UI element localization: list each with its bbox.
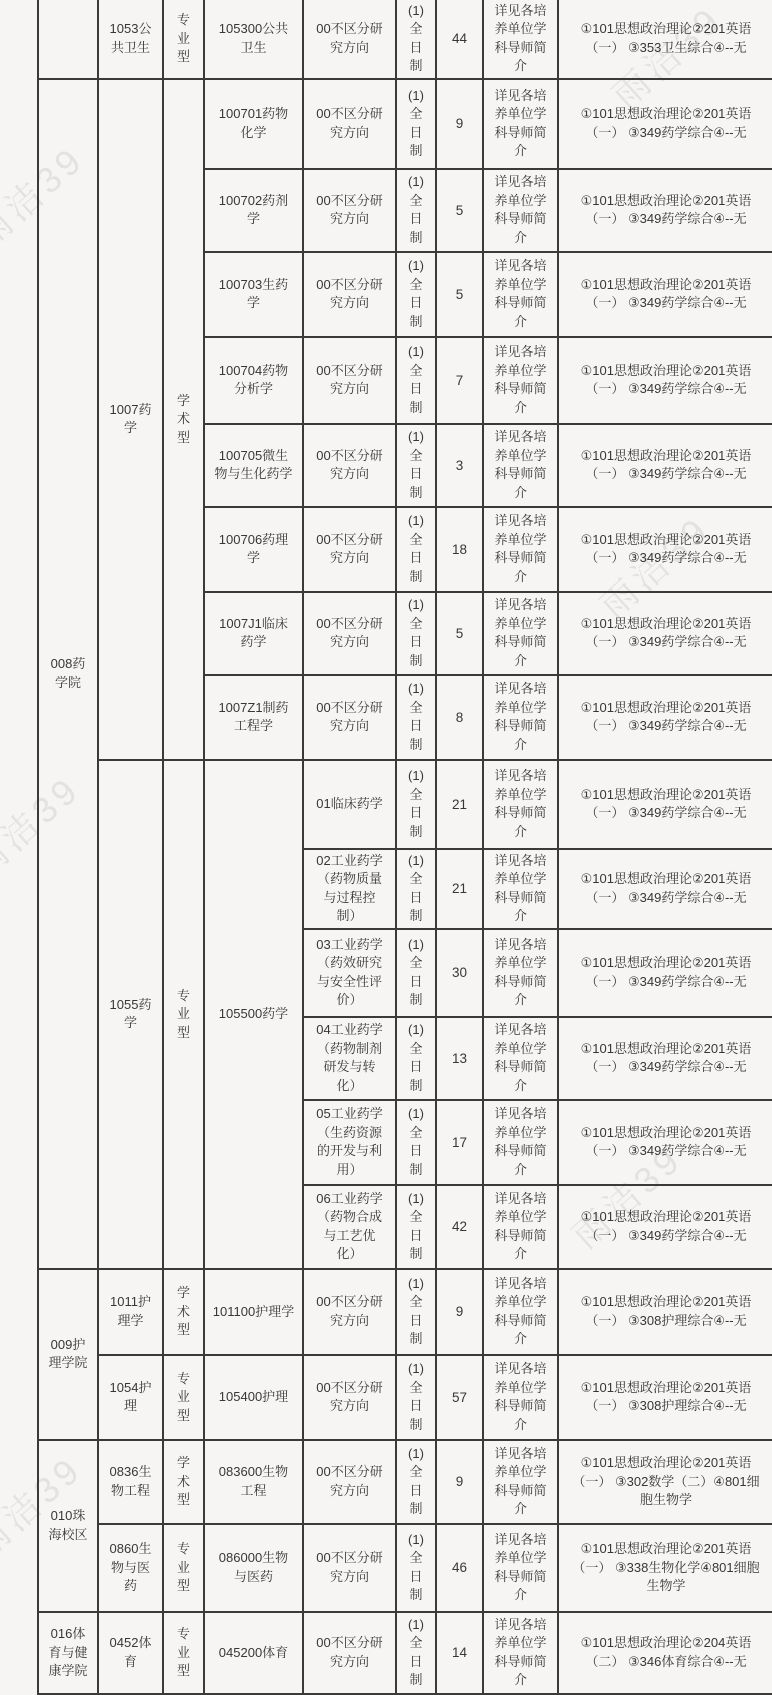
cell-note: 详见各培 养单位学 科导师简 介 (483, 1440, 558, 1524)
cell-subjects: ①101思想政治理论②201英语 （一） ③349药学综合④--无 (558, 337, 772, 424)
cell-direction: 00不区分研 究方向 (303, 592, 396, 675)
table-row: 1055药 学专 业 型105500药学01临床药学(1) 全 日 制21详见各… (38, 760, 772, 849)
cell-subjects: ①101思想政治理论②204英语 （二） ③346体育综合④--无 (558, 1612, 772, 1694)
cell-mode: (1) 全 日 制 (396, 849, 436, 929)
cell-subjects: ①101思想政治理论②201英语 （一） ③349药学综合④--无 (558, 79, 772, 169)
cell-direction: 02工业药学 （药物质量 与过程控 制） (303, 849, 396, 929)
cell-mode: (1) 全 日 制 (396, 1440, 436, 1524)
cell-direction: 00不区分研 究方向 (303, 1612, 396, 1694)
table-row: 0860生 物与医 药专 业 型086000生物 与医药00不区分研 究方向(1… (38, 1524, 772, 1612)
cell-note: 详见各培 养单位学 科导师简 介 (483, 1355, 558, 1440)
cell-note: 详见各培 养单位学 科导师简 介 (483, 79, 558, 169)
cell-count: 30 (436, 929, 483, 1017)
cell-note: 详见各培 养单位学 科导师简 介 (483, 1100, 558, 1185)
cell-mode: (1) 全 日 制 (396, 0, 436, 79)
cell-group: 1054护 理 (98, 1355, 163, 1440)
cell-count: 18 (436, 507, 483, 592)
cell-type: 专 业 型 (163, 760, 204, 1269)
cell-note: 详见各培 养单位学 科导师简 介 (483, 929, 558, 1017)
cell-subjects: ①101思想政治理论②201英语 （一） ③349药学综合④--无 (558, 1017, 772, 1100)
cell-direction: 00不区分研 究方向 (303, 507, 396, 592)
cell-college: 016体 育与健 康学院 (38, 1612, 98, 1694)
cell-note: 详见各培 养单位学 科导师简 介 (483, 0, 558, 79)
page: { "watermark": { "text": "雨洁39" }, "tabl… (0, 0, 772, 1695)
cell-subjects: ①101思想政治理论②201英语 （一） ③349药学综合④--无 (558, 929, 772, 1017)
cell-count: 14 (436, 1612, 483, 1694)
cell-direction: 00不区分研 究方向 (303, 169, 396, 252)
cell-note: 详见各培 养单位学 科导师简 介 (483, 252, 558, 337)
cell-mode: (1) 全 日 制 (396, 169, 436, 252)
table-row: 008药 学院1007药 学学 术 型100701药物 化学00不区分研 究方向… (38, 79, 772, 169)
cell-group: 1053公 共卫生 (98, 0, 163, 79)
cell-mode: (1) 全 日 制 (396, 1612, 436, 1694)
cell-count: 46 (436, 1524, 483, 1612)
cell-major: 045200体育 (204, 1612, 303, 1694)
cell-group: 0860生 物与医 药 (98, 1524, 163, 1612)
cell-mode: (1) 全 日 制 (396, 760, 436, 849)
cell-direction: 00不区分研 究方向 (303, 252, 396, 337)
cell-mode: (1) 全 日 制 (396, 424, 436, 507)
cell-direction: 04工业药学 （药物制剂 研发与转 化） (303, 1017, 396, 1100)
cell-count: 5 (436, 169, 483, 252)
cell-note: 详见各培 养单位学 科导师简 介 (483, 337, 558, 424)
cell-count: 5 (436, 592, 483, 675)
cell-subjects: ①101思想政治理论②201英语 （一） ③349药学综合④--无 (558, 424, 772, 507)
cell-mode: (1) 全 日 制 (396, 1185, 436, 1269)
table-row: 1053公 共卫生专 业 型105300公共 卫生00不区分研 究方向(1) 全… (38, 0, 772, 79)
cell-subjects: ①101思想政治理论②201英语 （一） ③308护理综合④--无 (558, 1269, 772, 1355)
cell-type: 专 业 型 (163, 1612, 204, 1694)
cell-subjects: ①101思想政治理论②201英语 （一） ③349药学综合④--无 (558, 760, 772, 849)
cell-mode: (1) 全 日 制 (396, 1017, 436, 1100)
cell-direction: 05工业药学 （生药资源 的开发与利 用） (303, 1100, 396, 1185)
cell-note: 详见各培 养单位学 科导师简 介 (483, 1269, 558, 1355)
cell-subjects: ①101思想政治理论②201英语 （一） ③349药学综合④--无 (558, 849, 772, 929)
cell-count: 8 (436, 675, 483, 760)
cell-mode: (1) 全 日 制 (396, 507, 436, 592)
cell-subjects: ①101思想政治理论②201英语 （一） ③353卫生综合④--无 (558, 0, 772, 79)
cell-type: 学 术 型 (163, 1269, 204, 1355)
cell-major: 100706药理 学 (204, 507, 303, 592)
cell-mode: (1) 全 日 制 (396, 337, 436, 424)
cell-count: 9 (436, 1269, 483, 1355)
cell-note: 详见各培 养单位学 科导师简 介 (483, 1524, 558, 1612)
cell-type: 学 术 型 (163, 1440, 204, 1524)
cell-count: 13 (436, 1017, 483, 1100)
cell-count: 5 (436, 252, 483, 337)
cell-note: 详见各培 养单位学 科导师简 介 (483, 760, 558, 849)
cell-major: 086000生物 与医药 (204, 1524, 303, 1612)
cell-note: 详见各培 养单位学 科导师简 介 (483, 675, 558, 760)
cell-college: 009护 理学院 (38, 1269, 98, 1440)
admissions-table-area: 1053公 共卫生专 业 型105300公共 卫生00不区分研 究方向(1) 全… (37, 0, 772, 1695)
cell-mode: (1) 全 日 制 (396, 252, 436, 337)
cell-group: 1007药 学 (98, 79, 163, 760)
cell-note: 详见各培 养单位学 科导师简 介 (483, 507, 558, 592)
cell-major: 100702药剂 学 (204, 169, 303, 252)
table-row: 010珠 海校区0836生 物工程学 术 型083600生物 工程00不区分研 … (38, 1440, 772, 1524)
cell-college: 008药 学院 (38, 79, 98, 1269)
table-row: 1054护 理专 业 型105400护理00不区分研 究方向(1) 全 日 制5… (38, 1355, 772, 1440)
cell-count: 21 (436, 849, 483, 929)
cell-direction: 00不区分研 究方向 (303, 424, 396, 507)
cell-note: 详见各培 养单位学 科导师简 介 (483, 1185, 558, 1269)
cell-subjects: ①101思想政治理论②201英语 （一） ③349药学综合④--无 (558, 1100, 772, 1185)
cell-count: 21 (436, 760, 483, 849)
cell-note: 详见各培 养单位学 科导师简 介 (483, 849, 558, 929)
cell-type: 专 业 型 (163, 1355, 204, 1440)
cell-subjects: ①101思想政治理论②201英语 （一） ③338生物化学④801细胞 生物学 (558, 1524, 772, 1612)
cell-subjects: ①101思想政治理论②201英语 （一） ③349药学综合④--无 (558, 507, 772, 592)
cell-count: 9 (436, 1440, 483, 1524)
cell-major: 100705微生 物与生化药学 (204, 424, 303, 507)
cell-note: 详见各培 养单位学 科导师简 介 (483, 169, 558, 252)
cell-major: 101100护理学 (204, 1269, 303, 1355)
cell-direction: 03工业药学 （药效研究 与安全性评 价） (303, 929, 396, 1017)
cell-subjects: ①101思想政治理论②201英语 （一） ③302数学（二）④801细 胞生物学 (558, 1440, 772, 1524)
cell-mode: (1) 全 日 制 (396, 929, 436, 1017)
cell-subjects: ①101思想政治理论②201英语 （一） ③349药学综合④--无 (558, 252, 772, 337)
cell-type: 学 术 型 (163, 79, 204, 760)
table-row: 016体 育与健 康学院0452体 育专 业 型045200体育00不区分研 究… (38, 1612, 772, 1694)
cell-major: 100704药物 分析学 (204, 337, 303, 424)
cell-direction: 00不区分研 究方向 (303, 1440, 396, 1524)
cell-major: 105300公共 卫生 (204, 0, 303, 79)
cell-direction: 00不区分研 究方向 (303, 1524, 396, 1612)
cell-count: 17 (436, 1100, 483, 1185)
cell-direction: 00不区分研 究方向 (303, 79, 396, 169)
cell-mode: (1) 全 日 制 (396, 1524, 436, 1612)
cell-direction: 01临床药学 (303, 760, 396, 849)
cell-count: 9 (436, 79, 483, 169)
cell-count: 57 (436, 1355, 483, 1440)
cell-note: 详见各培 养单位学 科导师简 介 (483, 592, 558, 675)
cell-mode: (1) 全 日 制 (396, 675, 436, 760)
cell-direction: 00不区分研 究方向 (303, 1269, 396, 1355)
cell-major: 1007Z1制药 工程学 (204, 675, 303, 760)
cell-mode: (1) 全 日 制 (396, 1269, 436, 1355)
cell-major: 100701药物 化学 (204, 79, 303, 169)
cell-count: 3 (436, 424, 483, 507)
cell-note: 详见各培 养单位学 科导师简 介 (483, 1612, 558, 1694)
cell-major: 1007J1临床 药学 (204, 592, 303, 675)
cell-direction: 00不区分研 究方向 (303, 675, 396, 760)
cell-direction: 00不区分研 究方向 (303, 0, 396, 79)
cell-major: 105400护理 (204, 1355, 303, 1440)
cell-subjects: ①101思想政治理论②201英语 （一） ③308护理综合④--无 (558, 1355, 772, 1440)
cell-group: 1055药 学 (98, 760, 163, 1269)
cell-subjects: ①101思想政治理论②201英语 （一） ③349药学综合④--无 (558, 169, 772, 252)
cell-direction: 06工业药学 （药物合成 与工艺优 化） (303, 1185, 396, 1269)
cell-mode: (1) 全 日 制 (396, 79, 436, 169)
cell-group: 1011护 理学 (98, 1269, 163, 1355)
cell-direction: 00不区分研 究方向 (303, 337, 396, 424)
cell-subjects: ①101思想政治理论②201英语 （一） ③349药学综合④--无 (558, 592, 772, 675)
cell-count: 7 (436, 337, 483, 424)
admissions-table: 1053公 共卫生专 业 型105300公共 卫生00不区分研 究方向(1) 全… (37, 0, 772, 1695)
cell-note: 详见各培 养单位学 科导师简 介 (483, 424, 558, 507)
cell-count: 42 (436, 1185, 483, 1269)
cell-direction: 00不区分研 究方向 (303, 1355, 396, 1440)
table-row: 009护 理学院1011护 理学学 术 型101100护理学00不区分研 究方向… (38, 1269, 772, 1355)
cell-mode: (1) 全 日 制 (396, 1100, 436, 1185)
cell-group: 0452体 育 (98, 1612, 163, 1694)
cell-note: 详见各培 养单位学 科导师简 介 (483, 1017, 558, 1100)
cell-type: 专 业 型 (163, 1524, 204, 1612)
cell-type: 专 业 型 (163, 0, 204, 79)
cell-major: 100703生药 学 (204, 252, 303, 337)
cell-college (38, 0, 98, 79)
cell-group: 0836生 物工程 (98, 1440, 163, 1524)
cell-subjects: ①101思想政治理论②201英语 （一） ③349药学综合④--无 (558, 1185, 772, 1269)
cell-major: 083600生物 工程 (204, 1440, 303, 1524)
cell-count: 44 (436, 0, 483, 79)
cell-mode: (1) 全 日 制 (396, 1355, 436, 1440)
cell-subjects: ①101思想政治理论②201英语 （一） ③349药学综合④--无 (558, 675, 772, 760)
cell-mode: (1) 全 日 制 (396, 592, 436, 675)
cell-college: 010珠 海校区 (38, 1440, 98, 1612)
cell-major: 105500药学 (204, 760, 303, 1269)
